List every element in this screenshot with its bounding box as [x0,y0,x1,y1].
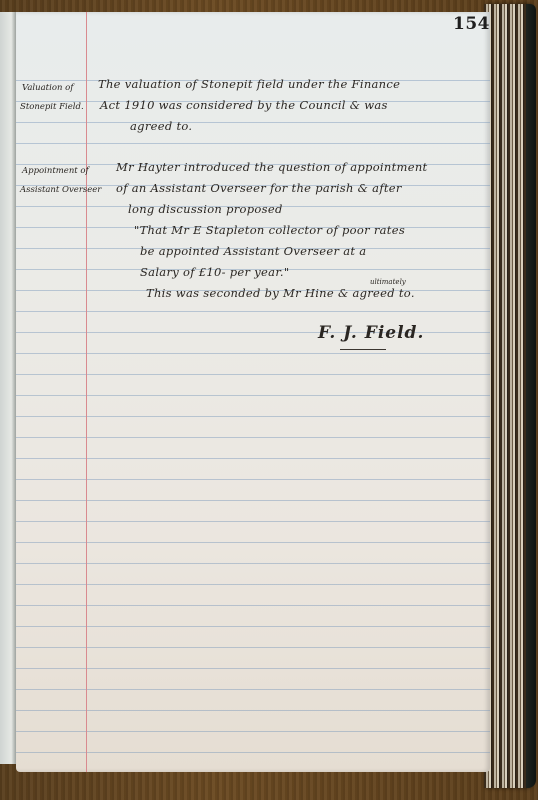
entry2-line7: This was seconded by Mr Hine & agreed to… [146,288,415,300]
entry2-line3: long discussion proposed [128,204,283,216]
page-number: 154 [453,14,490,34]
signature-underline [340,349,386,350]
entry2-line2: of an Assistant Overseer for the parish … [116,183,402,195]
entry2-line6: Salary of £10- per year." [140,267,289,279]
entry2-line5: be appointed Assistant Overseer at a [140,246,366,258]
margin-note-valuation-line2: Stonepit Field. [20,103,84,112]
margin-note-valuation-line1: Valuation of [22,84,73,93]
ledger-page: 154 Valuation of Stonepit Field. The val… [16,12,490,772]
entry1-line1: The valuation of Stonepit field under th… [98,79,400,91]
facing-page-edge [0,12,17,764]
margin-note-appointment-line2: Assistant Overseer [20,186,101,195]
entry1-line3: agreed to. [130,121,192,133]
entry2-line4: "That Mr E Stapleton collector of poor r… [134,225,405,237]
page-stack-edge [484,4,532,788]
entry2-line1: Mr Hayter introduced the question of app… [116,162,427,174]
signature: F. J. Field. [318,323,424,343]
margin-rule [86,12,87,772]
margin-note-appointment-line1: Appointment of [22,167,89,176]
entry1-line2: Act 1910 was considered by the Council &… [100,100,388,112]
interlinear-insertion: ultimately [370,279,406,286]
